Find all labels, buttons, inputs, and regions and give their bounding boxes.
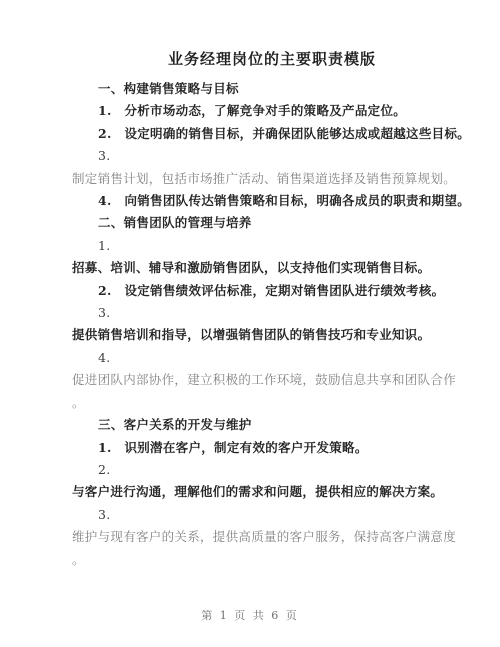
document-line: 。 bbox=[72, 549, 472, 571]
document-line: 1. bbox=[72, 235, 472, 257]
document-line: 2. 设定明确的销售目标，并确保团队能够达成或超越这些目标。 bbox=[72, 123, 472, 145]
document-line: 3. bbox=[72, 504, 472, 526]
document-line: 制定销售计划，包括市场推广活动、销售渠道选择及销售预算规划。 bbox=[72, 168, 472, 190]
document-line: 4. 向销售团队传达销售策略和目标，明确各成员的职责和期望。 bbox=[72, 190, 472, 212]
page-footer: 第 1 页 共 6 页 bbox=[0, 604, 500, 623]
document-line: 一、构建销售策略与目标 bbox=[72, 78, 472, 100]
document-body: 一、构建销售策略与目标1. 分析市场动态，了解竞争对手的策略及产品定位。2. 设… bbox=[72, 78, 472, 571]
document-line: 2. 设定销售绩效评估标准，定期对销售团队进行绩效考核。 bbox=[72, 280, 472, 302]
document-content: 业务经理岗位的主要职责模版 一、构建销售策略与目标1. 分析市场动态，了解竞争对… bbox=[72, 48, 472, 571]
document-line: 4. bbox=[72, 347, 472, 369]
document-line: 1. 分析市场动态，了解竞争对手的策略及产品定位。 bbox=[72, 100, 472, 122]
document-line: 1. 识别潜在客户，制定有效的客户开发策略。 bbox=[72, 437, 472, 459]
document-line: 2. bbox=[72, 459, 472, 481]
document-line: 三、客户关系的开发与维护 bbox=[72, 414, 472, 436]
document-line: 招募、培训、辅导和激励销售团队，以支持他们实现销售目标。 bbox=[72, 257, 472, 279]
document-line: 维护与现有客户的关系，提供高质量的客户服务，保持高客户满意度 bbox=[72, 526, 472, 548]
document-line: 二、销售团队的管理与培养 bbox=[72, 212, 472, 234]
document-page: 业务经理岗位的主要职责模版 一、构建销售策略与目标1. 分析市场动态，了解竞争对… bbox=[0, 0, 500, 647]
document-line: 3. bbox=[72, 145, 472, 167]
document-title: 业务经理岗位的主要职责模版 bbox=[72, 48, 472, 70]
document-line: 与客户进行沟通，理解他们的需求和问题，提供相应的解决方案。 bbox=[72, 481, 472, 503]
document-line: 促进团队内部协作，建立积极的工作环境，鼓励信息共享和团队合作 bbox=[72, 369, 472, 391]
page-number-label: 第 1 页 共 6 页 bbox=[201, 609, 298, 622]
document-line: 提供销售培训和指导，以增强销售团队的销售技巧和专业知识。 bbox=[72, 324, 472, 346]
document-line: 。 bbox=[72, 392, 472, 414]
document-line: 3. bbox=[72, 302, 472, 324]
